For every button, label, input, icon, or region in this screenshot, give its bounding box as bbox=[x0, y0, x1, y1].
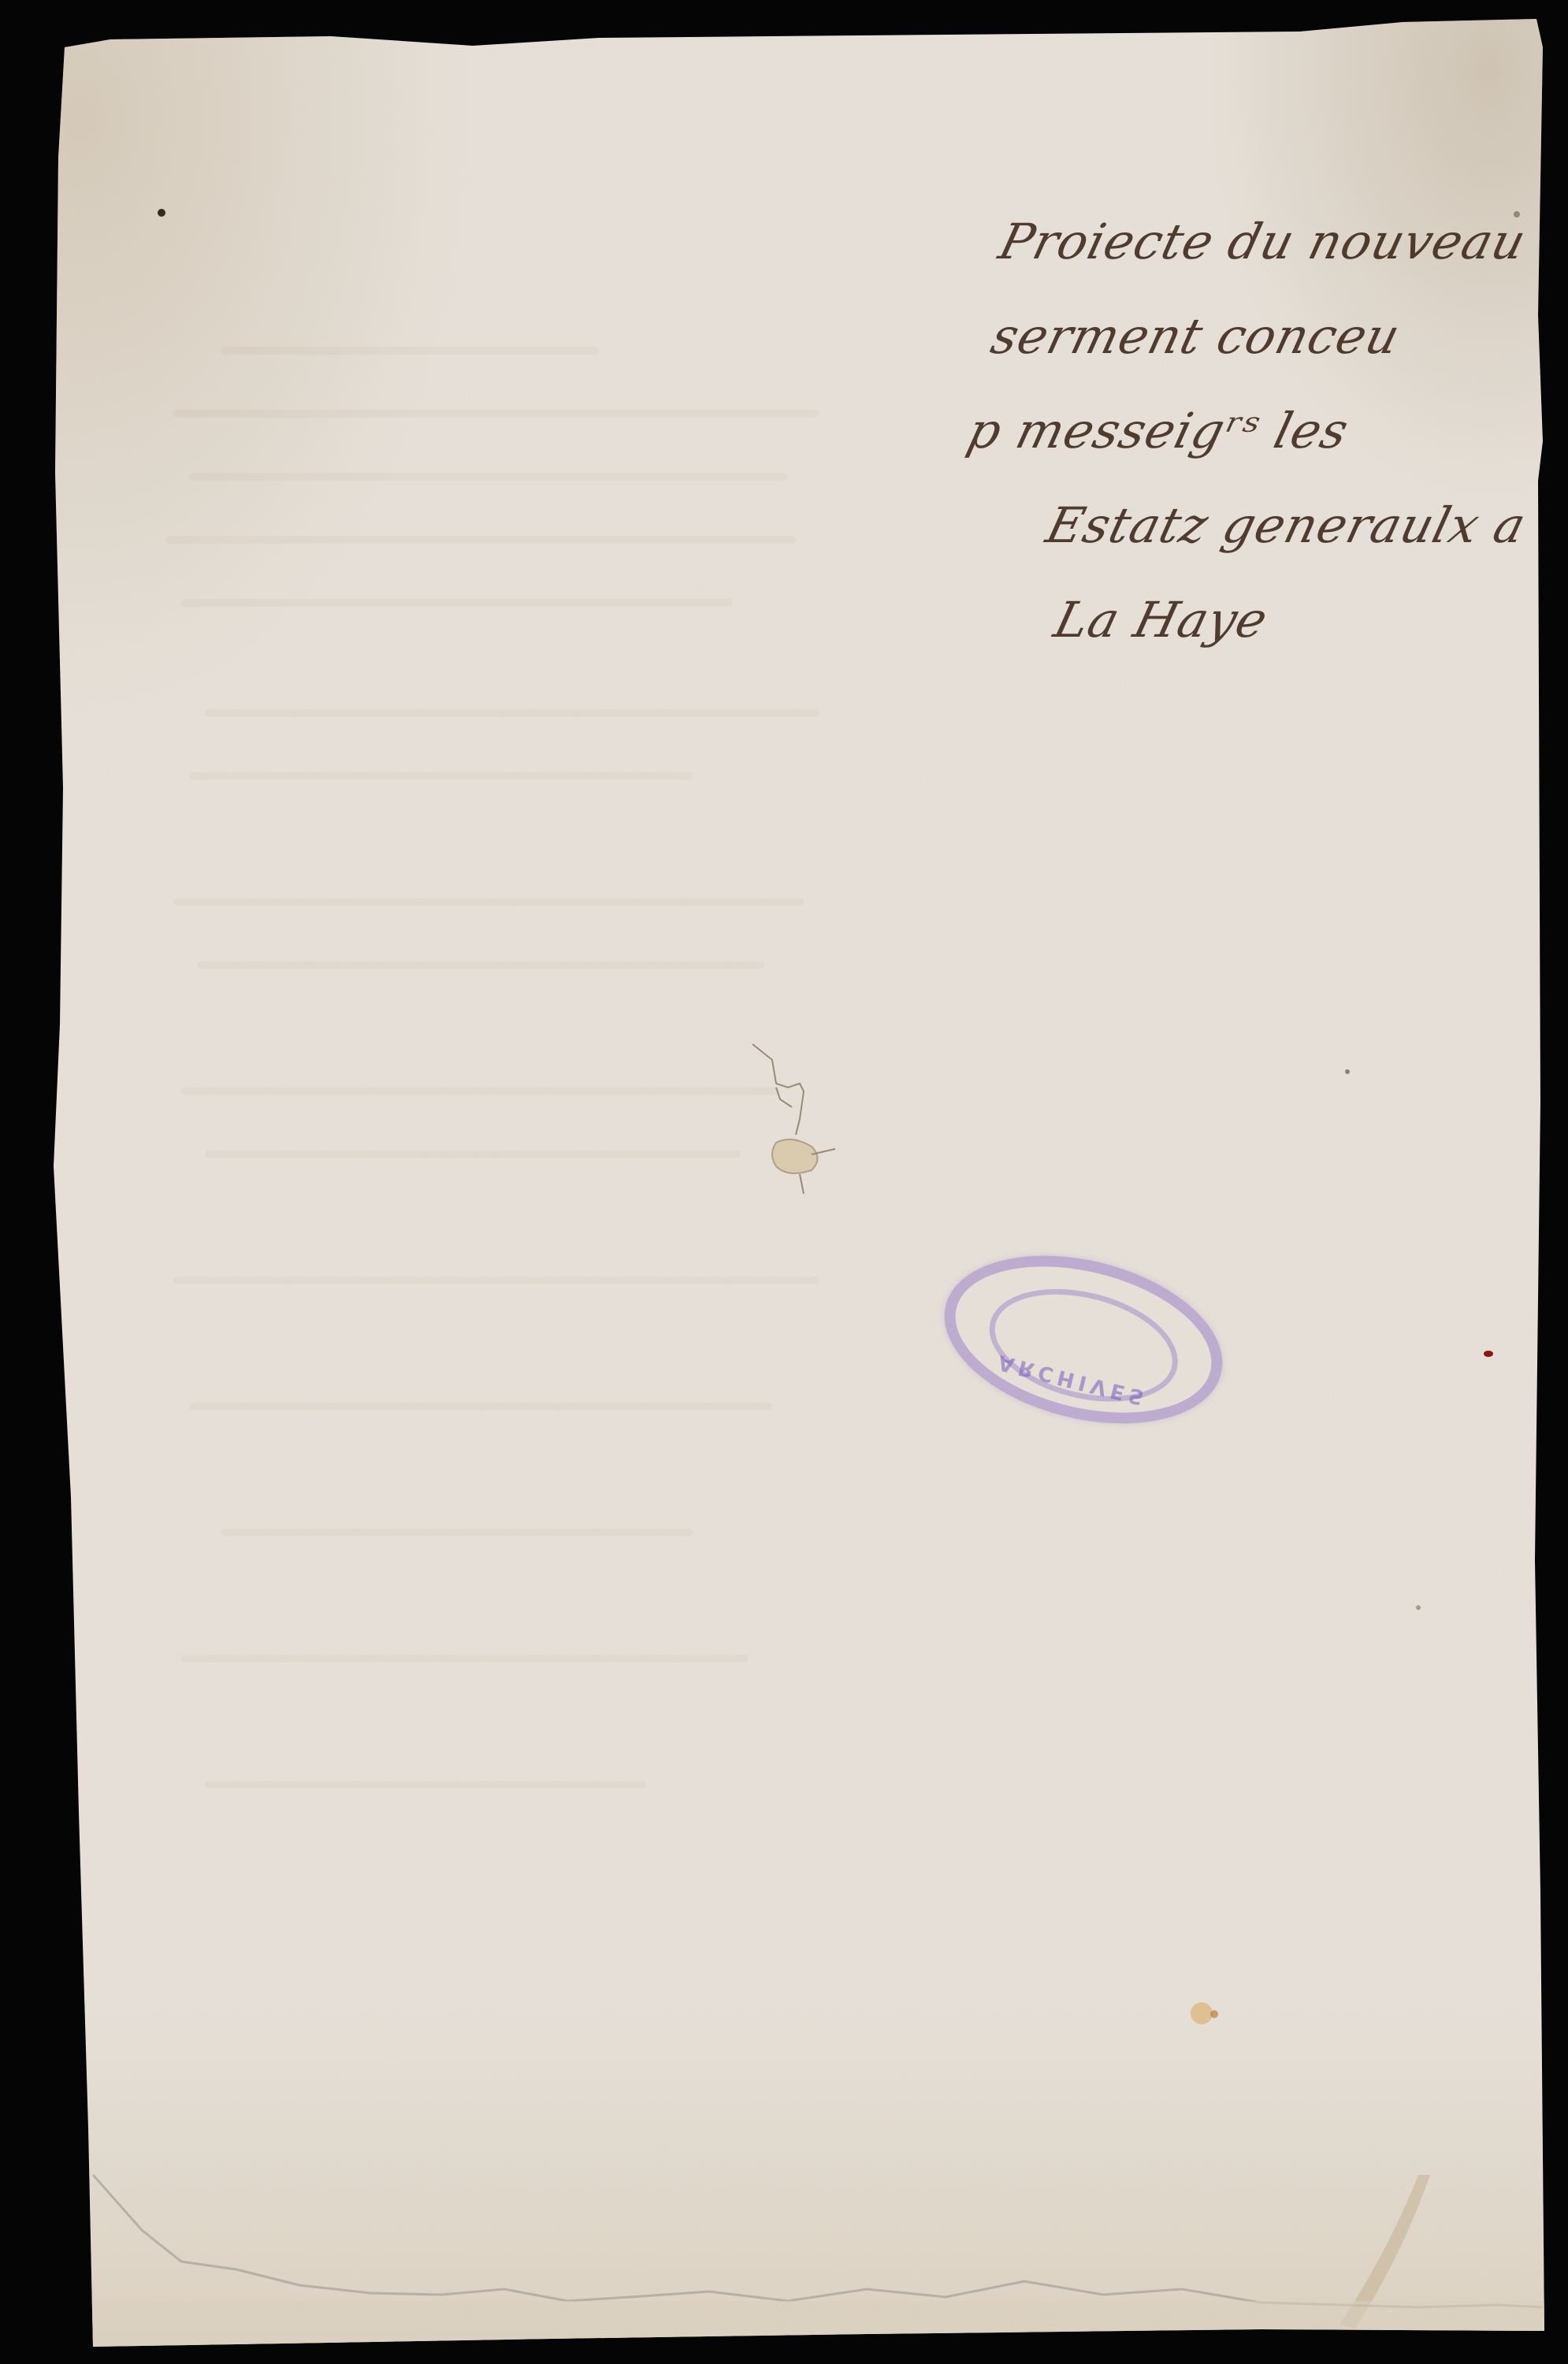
dark-speck bbox=[158, 209, 165, 217]
endorsement-line-3: p messeigʳˢ les bbox=[962, 402, 1354, 459]
foxing-spot bbox=[1191, 2002, 1213, 2024]
endorsement-line-1: Proiecte du nouveau bbox=[994, 213, 1533, 270]
endorsement-line-5: La Haye bbox=[1049, 591, 1274, 649]
endorsement-line-4: Estatz generaulx a bbox=[1041, 496, 1532, 554]
bleed-through-ghost-text bbox=[158, 299, 867, 1875]
endorsement-line-2: serment conceu bbox=[986, 307, 1406, 365]
manuscript-page: Proiecte du nouveau serment conceu p mes… bbox=[0, 0, 1568, 2364]
red-speck bbox=[1484, 1351, 1493, 1357]
